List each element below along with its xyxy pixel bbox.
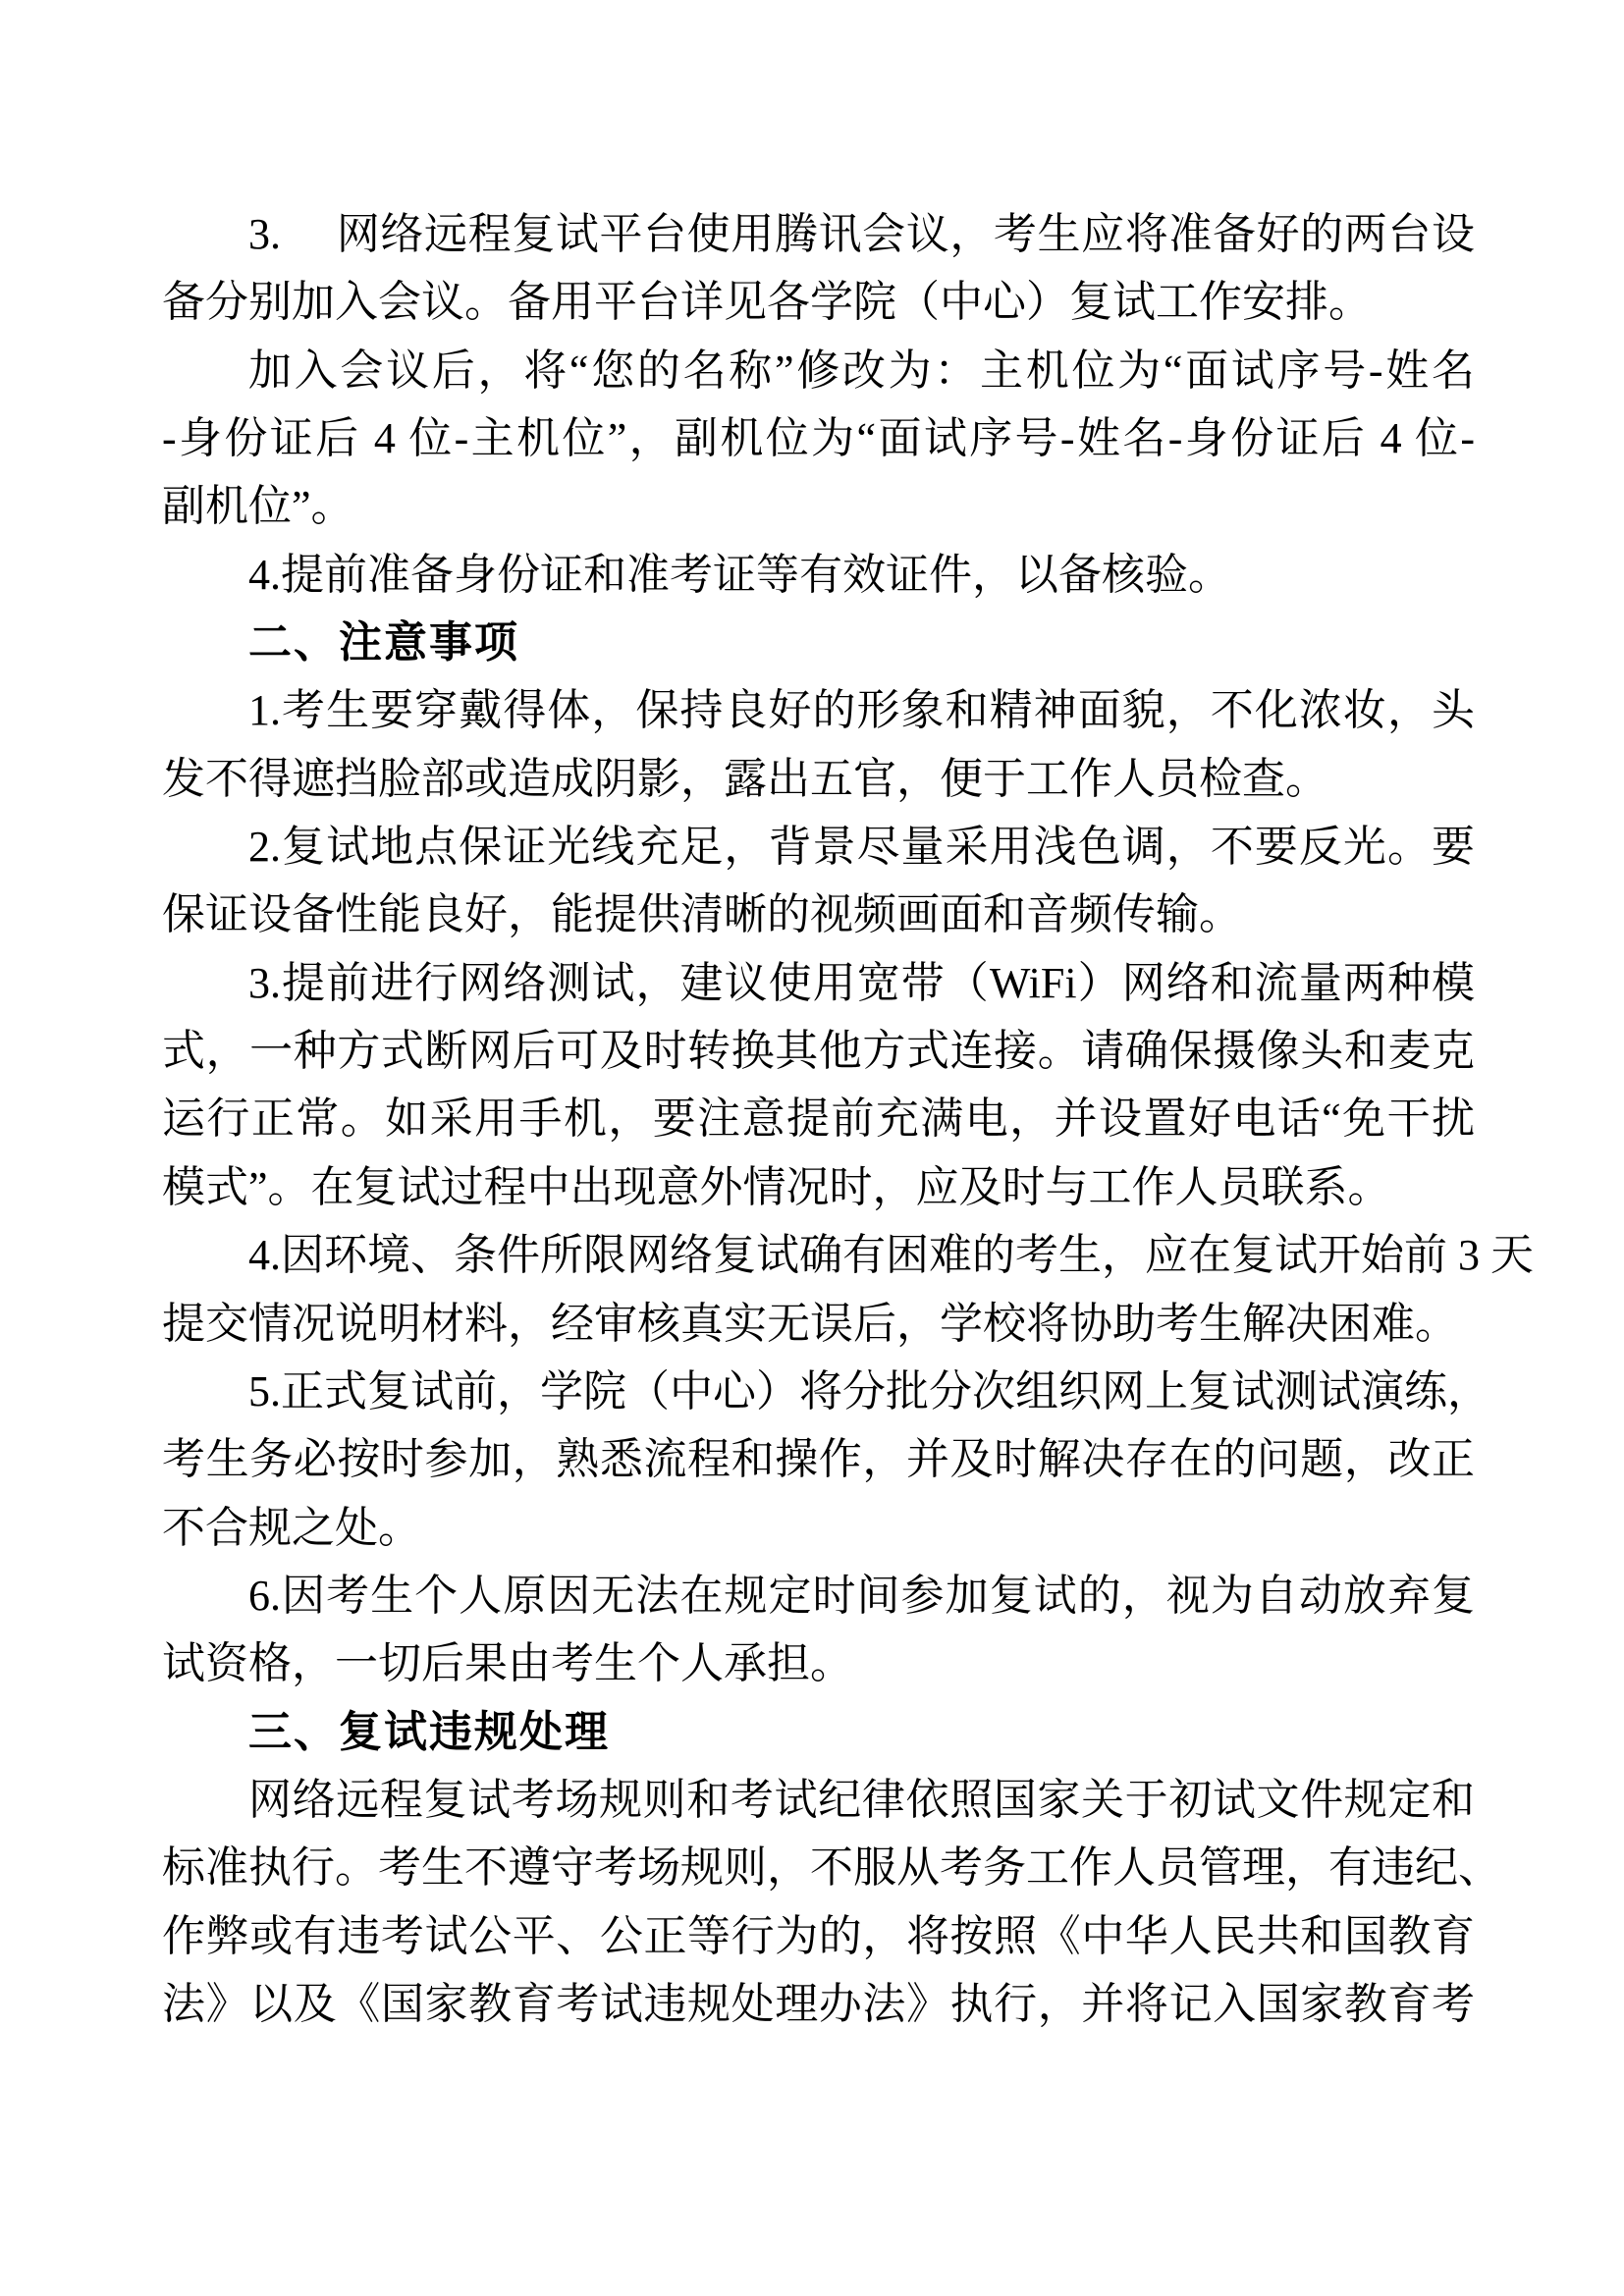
text-line: 试资格，一切后果由考生个人承担。 (162, 1629, 1475, 1697)
text-line: 模式”。在复试过程中出现意外情况时，应及时与工作人员联系。 (162, 1153, 1475, 1221)
text-line: 4.因环境、条件所限网络复试确有困难的考生，应在复试开始前 3 天 (162, 1221, 1475, 1289)
text-line: 提交情况说明材料，经审核真实无误后，学校将协助考生解决困难。 (162, 1290, 1475, 1358)
text-line: 法》以及《国家教育考试违规处理办法》执行，并将记入国家教育考 (162, 1970, 1475, 2038)
text-line: 2.复试地点保证光线充足，背景尽量采用浅色调，不要反光。要 (162, 813, 1475, 881)
text-line: 1.考生要穿戴得体，保持良好的形象和精神面貌，不化浓妆，头 (162, 676, 1475, 744)
text-line: -身份证后 4 位-主机位”，副机位为“面试序号-姓名-身份证后 4 位- (162, 404, 1475, 472)
text-line: 加入会议后，将“您的名称”修改为：主机位为“面试序号-姓名 (162, 337, 1475, 404)
text-line: 不合规之处。 (162, 1494, 1475, 1562)
text-line: 作弊或有违考试公平、公正等行为的，将按照《中华人民共和国教育 (162, 1902, 1475, 1970)
text-line: 3. 网络远程复试平台使用腾讯会议，考生应将准备好的两台设 (162, 200, 1475, 268)
document-page: 3. 网络远程复试平台使用腾讯会议，考生应将准备好的两台设备分别加入会议。备用平… (0, 0, 1624, 2296)
text-line: 备分别加入会议。备用平台详见各学院（中心）复试工作安排。 (162, 268, 1475, 336)
text-line: 网络远程复试考场规则和考试纪律依照国家关于初试文件规定和 (162, 1766, 1475, 1834)
page: { "colors": { "page_background": "#fffff… (0, 0, 1624, 2296)
text-line: 运行正常。如采用手机，要注意提前充满电，并设置好电话“免干扰 (162, 1085, 1475, 1152)
text-line: 保证设备性能良好，能提供清晰的视频画面和音频传输。 (162, 881, 1475, 948)
text-line: 标准执行。考生不遵守考场规则，不服从考务工作人员管理，有违纪、 (162, 1834, 1475, 1901)
text-line: 副机位”。 (162, 472, 1475, 540)
text-line: 发不得遮挡脸部或造成阴影，露出五官，便于工作人员检查。 (162, 745, 1475, 813)
text-line: 5.正式复试前，学院（中心）将分批分次组织网上复试测试演练， (162, 1358, 1475, 1425)
text-line: 6.因考生个人原因无法在规定时间参加复试的，视为自动放弃复 (162, 1562, 1475, 1629)
section-heading: 二、注意事项 (162, 609, 1475, 676)
document-text-block: 3. 网络远程复试平台使用腾讯会议，考生应将准备好的两台设备分别加入会议。备用平… (162, 200, 1475, 2038)
text-line: 考生务必按时参加，熟悉流程和操作，并及时解决存在的问题，改正 (162, 1425, 1475, 1493)
text-line: 式，一种方式断网后可及时转换其他方式连接。请确保摄像头和麦克 (162, 1017, 1475, 1085)
text-line: 4.提前准备身份证和准考证等有效证件，以备核验。 (162, 541, 1475, 609)
section-heading: 三、复试违规处理 (162, 1698, 1475, 1766)
text-line: 3.提前进行网络测试，建议使用宽带（WiFi）网络和流量两种模 (162, 949, 1475, 1017)
